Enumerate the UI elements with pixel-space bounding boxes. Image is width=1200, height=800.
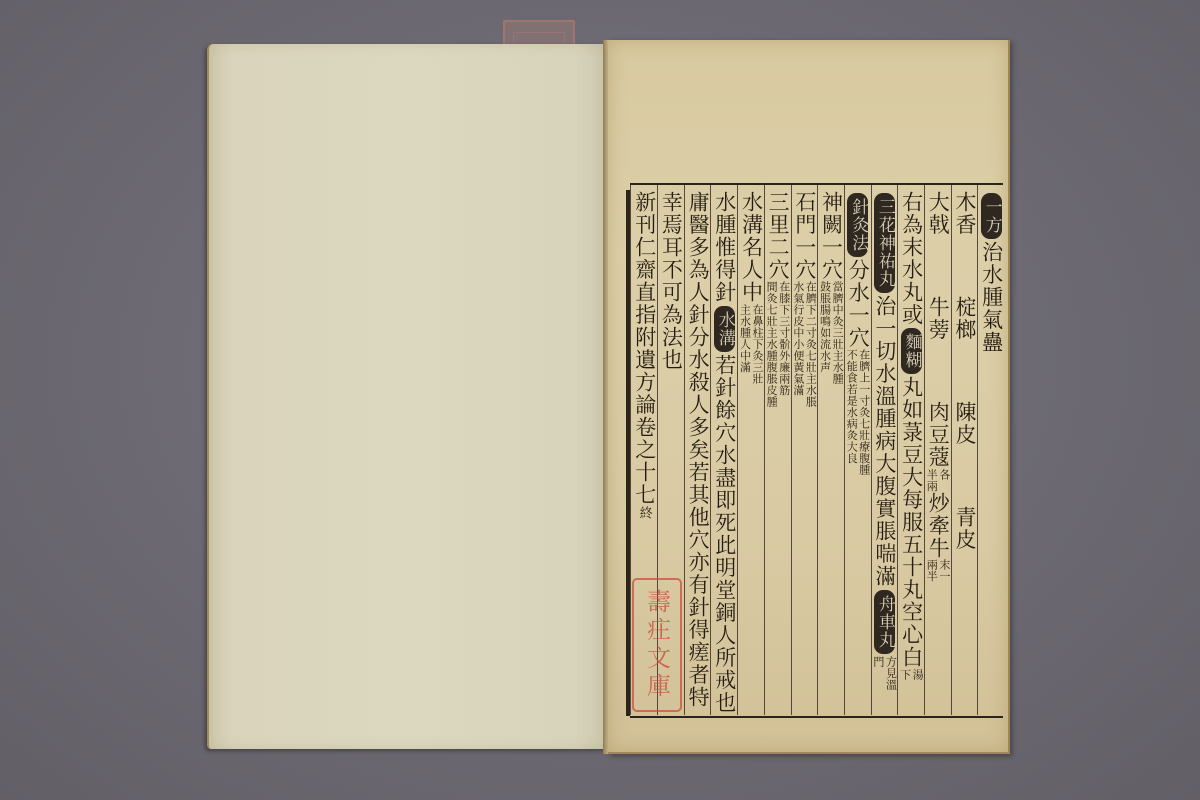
main-text: 治水腫氣蠱 bbox=[981, 241, 1002, 354]
text-column: 右為末水丸或麵糊丸如菉豆大每服五十丸空心白湯下 bbox=[897, 185, 924, 715]
annotation-line: 下 bbox=[899, 669, 911, 681]
main-text: 青皮 bbox=[954, 506, 975, 551]
main-text: 石門一穴 bbox=[794, 191, 815, 281]
text-column: 一方治水腫氣蠱 bbox=[977, 185, 1004, 715]
annotation-line: 水氣行皮中小便黃氣滿 bbox=[792, 281, 804, 408]
text-column: 神闕一穴當臍中灸三壯主水腫鼓脹腸鳴如流水声 bbox=[817, 185, 844, 715]
text-column: 水溝名人中在鼻柱下灸三壯主水腫人中滿 bbox=[737, 185, 764, 715]
text-column: 石門一穴在臍下二寸灸七壯主水脹水氣行皮中小便黃氣滿 bbox=[791, 185, 818, 715]
text-column: 木香椗榔陳皮青皮 bbox=[951, 185, 978, 715]
interlinear-annotation: 在膝下三寸骱外廉兩筋間灸七壯主水腫腹脹皮腫 bbox=[766, 281, 790, 408]
main-text: 椗榔 bbox=[954, 296, 975, 341]
main-text: 庸醫多為人針分水殺人多矣若其他穴亦有針得瘥者特 bbox=[687, 191, 708, 709]
reversed-heading-tag: 一方 bbox=[981, 193, 1002, 239]
main-text: 牛蒡 bbox=[927, 296, 948, 341]
interlinear-annotation: 末一兩半 bbox=[926, 559, 950, 582]
main-text: 右為末水丸或 bbox=[901, 191, 922, 326]
interlinear-annotation: 當臍中灸三壯主水腫鼓脹腸鳴如流水声 bbox=[819, 281, 843, 385]
interlinear-annotation: 方見溫門 bbox=[872, 656, 896, 691]
text-columns: 一方治水腫氣蠱木香椗榔陳皮青皮大戟牛蒡肉豆蔻各半兩炒牽牛末一兩半右為末水丸或麵糊… bbox=[630, 185, 1004, 715]
left-blank-page bbox=[207, 44, 607, 749]
text-column: 三花神祐丸治一切水溫腫病大腹實脹喘滿舟車丸方見溫門 bbox=[871, 185, 898, 715]
text-column: 三里二穴在膝下三寸骱外廉兩筋間灸七壯主水腫腹脹皮腫 bbox=[764, 185, 791, 715]
annotation-line: 湯 bbox=[912, 669, 924, 681]
annotation-line: 門 bbox=[872, 656, 884, 691]
main-text: 新刊仁齋直指附遺方論卷之十七 bbox=[634, 191, 655, 506]
reversed-heading-tag: 針灸法 bbox=[847, 193, 868, 257]
main-text: 丸如菉豆大每服五十丸空心白 bbox=[901, 376, 922, 669]
annotation-line: 在膝下三寸骱外廉兩筋 bbox=[778, 281, 790, 408]
reversed-heading-tag: 麵糊 bbox=[901, 328, 922, 374]
annotation-line: 在臍上一寸灸七壯療腹腫 bbox=[858, 349, 870, 476]
main-text: 治一切水溫腫病大腹實脹喘滿 bbox=[874, 295, 895, 588]
reversed-heading-tag: 舟車丸 bbox=[874, 590, 895, 654]
main-text: 神闕一穴 bbox=[821, 191, 842, 281]
annotation-line: 在臍下二寸灸七壯主水脹 bbox=[805, 281, 817, 408]
main-text: 肉豆蔻 bbox=[927, 401, 948, 469]
annotation-line: 半兩 bbox=[926, 469, 938, 492]
annotation-line: 在鼻柱下灸三壯 bbox=[751, 304, 763, 385]
interlinear-annotation: 各半兩 bbox=[926, 469, 950, 492]
annotation-line: 兩半 bbox=[926, 559, 938, 582]
annotation-line: 主水腫人中滿 bbox=[739, 304, 751, 385]
interlinear-annotation: 在臍下二寸灸七壯主水脹水氣行皮中小便黃氣滿 bbox=[792, 281, 816, 408]
interlinear-annotation: 在臍上一寸灸七壯療腹腫不能食若是水病灸大良 bbox=[846, 349, 870, 476]
main-text: 水腫惟得針 bbox=[714, 191, 735, 304]
text-column: 水腫惟得針水溝若針餘穴水盡即死此明堂銅人所戒也 bbox=[710, 185, 737, 715]
main-text: 水溝名人中 bbox=[740, 191, 761, 304]
reversed-heading-tag: 三花神祐丸 bbox=[874, 193, 895, 293]
main-text: 若針餘穴水盡即死此明堂銅人所戒也 bbox=[714, 354, 735, 714]
text-column: 針灸法分水一穴在臍上一寸灸七壯療腹腫不能食若是水病灸大良 bbox=[844, 185, 871, 715]
text-column: 庸醫多為人針分水殺人多矣若其他穴亦有針得瘥者特 bbox=[684, 185, 711, 715]
main-text: 三里二穴 bbox=[767, 191, 788, 281]
seal-text: 壽㽵文庫 bbox=[640, 589, 675, 701]
annotation-line: 方見溫 bbox=[885, 656, 897, 691]
interlinear-annotation: 湯下 bbox=[899, 669, 923, 681]
main-text: 幸焉耳不可為法也 bbox=[660, 191, 681, 371]
main-text: 分水一穴 bbox=[847, 259, 868, 349]
annotation-line: 末一 bbox=[938, 559, 950, 582]
interlinear-annotation: 在鼻柱下灸三壯主水腫人中滿 bbox=[739, 304, 763, 385]
text-column: 大戟牛蒡肉豆蔻各半兩炒牽牛末一兩半 bbox=[924, 185, 951, 715]
main-text: 大戟 bbox=[927, 191, 948, 236]
annotation-line: 當臍中灸三壯主水腫 bbox=[832, 281, 844, 385]
reversed-heading-tag: 水溝 bbox=[714, 306, 735, 352]
annotation-line: 不能食若是水病灸大良 bbox=[846, 349, 858, 476]
chapter-end-mark: 終 bbox=[638, 506, 651, 521]
main-text: 陳皮 bbox=[954, 401, 975, 446]
annotation-line: 鼓脹腸鳴如流水声 bbox=[819, 281, 831, 385]
main-text: 木香 bbox=[954, 191, 975, 236]
main-text: 炒牽牛 bbox=[927, 492, 948, 560]
annotation-line: 間灸七壯主水腫腹脹皮腫 bbox=[766, 281, 778, 408]
red-collector-seal: 壽㽵文庫 bbox=[632, 578, 682, 712]
annotation-line: 各 bbox=[938, 469, 950, 492]
